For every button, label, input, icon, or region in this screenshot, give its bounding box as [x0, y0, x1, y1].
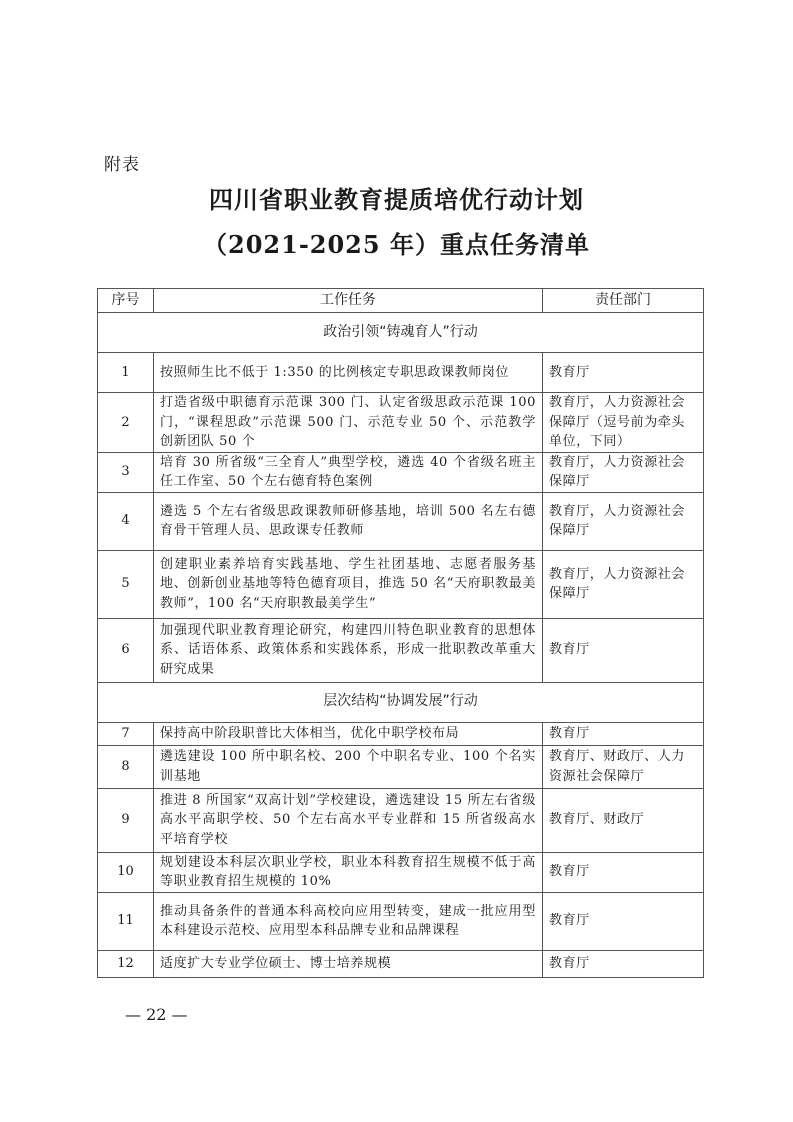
page-number: — 22 —: [125, 1005, 188, 1024]
row-number: 11: [98, 892, 154, 950]
section-header-row: 层次结构“协调发展”行动: [98, 682, 704, 722]
row-task: 加强现代职业教育理论研究，构建四川特色职业教育的思想体系、话语体系、政策体系和实…: [154, 618, 543, 682]
table-row: 3培育 30 所省级“三全育人”典型学校，遴选 40 个省级名班主任工作室、50…: [98, 452, 704, 492]
table-row: 1按照师生比不低于 1:350 的比例核定专职思政课教师岗位教育厅: [98, 353, 704, 393]
row-task: 创建职业素养培育实践基地、学生社团基地、志愿者服务基地、创新创业基地等特色德育项…: [154, 550, 543, 618]
table-row: 5创建职业素养培育实践基地、学生社团基地、志愿者服务基地、创新创业基地等特色德育…: [98, 550, 704, 618]
row-department: 教育厅: [543, 950, 704, 977]
table-row: 10规划建设本科层次职业学校，职业本科教育招生规模不低于高等职业教育招生规模的 …: [98, 852, 704, 892]
row-department: 教育厅: [543, 892, 704, 950]
row-department: 教育厅: [543, 722, 704, 745]
row-department: 教育厅，人力资源社会保障厅: [543, 492, 704, 550]
row-department: 教育厅: [543, 618, 704, 682]
table-row: 9推进 8 所国家“双高计划”学校建设，遴选建设 15 所左右省级高水平高职学校…: [98, 788, 704, 852]
row-task: 推动具备条件的普通本科高校向应用型转变，建成一批应用型本科建设示范校、应用型本科…: [154, 892, 543, 950]
header-number: 序号: [98, 289, 154, 313]
row-task: 推进 8 所国家“双高计划”学校建设，遴选建设 15 所左右省级高水平高职学校、…: [154, 788, 543, 852]
section-title: 层次结构“协调发展”行动: [98, 682, 704, 722]
annex-label: 附表: [104, 150, 140, 175]
row-number: 9: [98, 788, 154, 852]
header-department: 责任部门: [543, 289, 704, 313]
row-task: 适度扩大专业学位硕士、博士培养规模: [154, 950, 543, 977]
table-row: 7保持高中阶段职普比大体相当，优化中职学校布局教育厅: [98, 722, 704, 745]
row-number: 3: [98, 452, 154, 492]
row-task: 打造省级中职德育示范课 300 门、认定省级思政示范课 100 门，“课程思政”…: [154, 393, 543, 453]
section-title: 政治引领“铸魂育人”行动: [98, 313, 704, 353]
table-row: 12适度扩大专业学位硕士、博士培养规模教育厅: [98, 950, 704, 977]
row-department: 教育厅、财政厅、人力资源社会保障厅: [543, 745, 704, 788]
document-title-line1: 四川省职业教育提质培优行动计划: [0, 180, 793, 215]
header-task: 工作任务: [154, 289, 543, 313]
table-row: 8遴选建设 100 所中职名校、200 个中职名专业、100 个名实训基地教育厅…: [98, 745, 704, 788]
task-list-table: 序号 工作任务 责任部门 政治引领“铸魂育人”行动1按照师生比不低于 1:350…: [97, 288, 704, 978]
row-task: 规划建设本科层次职业学校，职业本科教育招生规模不低于高等职业教育招生规模的 10…: [154, 852, 543, 892]
row-number: 2: [98, 393, 154, 453]
row-task: 遴选 5 个左右省级思政课教师研修基地，培训 500 名左右德育骨干管理人员、思…: [154, 492, 543, 550]
row-department: 教育厅: [543, 353, 704, 393]
row-number: 6: [98, 618, 154, 682]
table-header-row: 序号 工作任务 责任部门: [98, 289, 704, 313]
row-number: 1: [98, 353, 154, 393]
row-department: 教育厅、财政厅: [543, 788, 704, 852]
table-row: 2打造省级中职德育示范课 300 门、认定省级思政示范课 100 门，“课程思政…: [98, 393, 704, 453]
row-department: 教育厅，人力资源社会保障厅: [543, 452, 704, 492]
table-row: 11推动具备条件的普通本科高校向应用型转变，建成一批应用型本科建设示范校、应用型…: [98, 892, 704, 950]
row-number: 7: [98, 722, 154, 745]
section-header-row: 政治引领“铸魂育人”行动: [98, 313, 704, 353]
row-task: 培育 30 所省级“三全育人”典型学校，遴选 40 个省级名班主任工作室、50 …: [154, 452, 543, 492]
row-department: 教育厅，人力资源社会保障厅: [543, 550, 704, 618]
row-task: 按照师生比不低于 1:350 的比例核定专职思政课教师岗位: [154, 353, 543, 393]
row-number: 8: [98, 745, 154, 788]
row-number: 10: [98, 852, 154, 892]
table-row: 6加强现代职业教育理论研究，构建四川特色职业教育的思想体系、话语体系、政策体系和…: [98, 618, 704, 682]
row-number: 5: [98, 550, 154, 618]
table-body: 政治引领“铸魂育人”行动1按照师生比不低于 1:350 的比例核定专职思政课教师…: [98, 313, 704, 978]
row-number: 4: [98, 492, 154, 550]
row-task: 保持高中阶段职普比大体相当，优化中职学校布局: [154, 722, 543, 745]
row-department: 教育厅，人力资源社会保障厅（逗号前为牵头单位，下同）: [543, 393, 704, 453]
row-task: 遴选建设 100 所中职名校、200 个中职名专业、100 个名实训基地: [154, 745, 543, 788]
document-title-line2: （2021-2025 年）重点任务清单: [0, 225, 793, 260]
row-number: 12: [98, 950, 154, 977]
row-department: 教育厅: [543, 852, 704, 892]
table-row: 4遴选 5 个左右省级思政课教师研修基地，培训 500 名左右德育骨干管理人员、…: [98, 492, 704, 550]
